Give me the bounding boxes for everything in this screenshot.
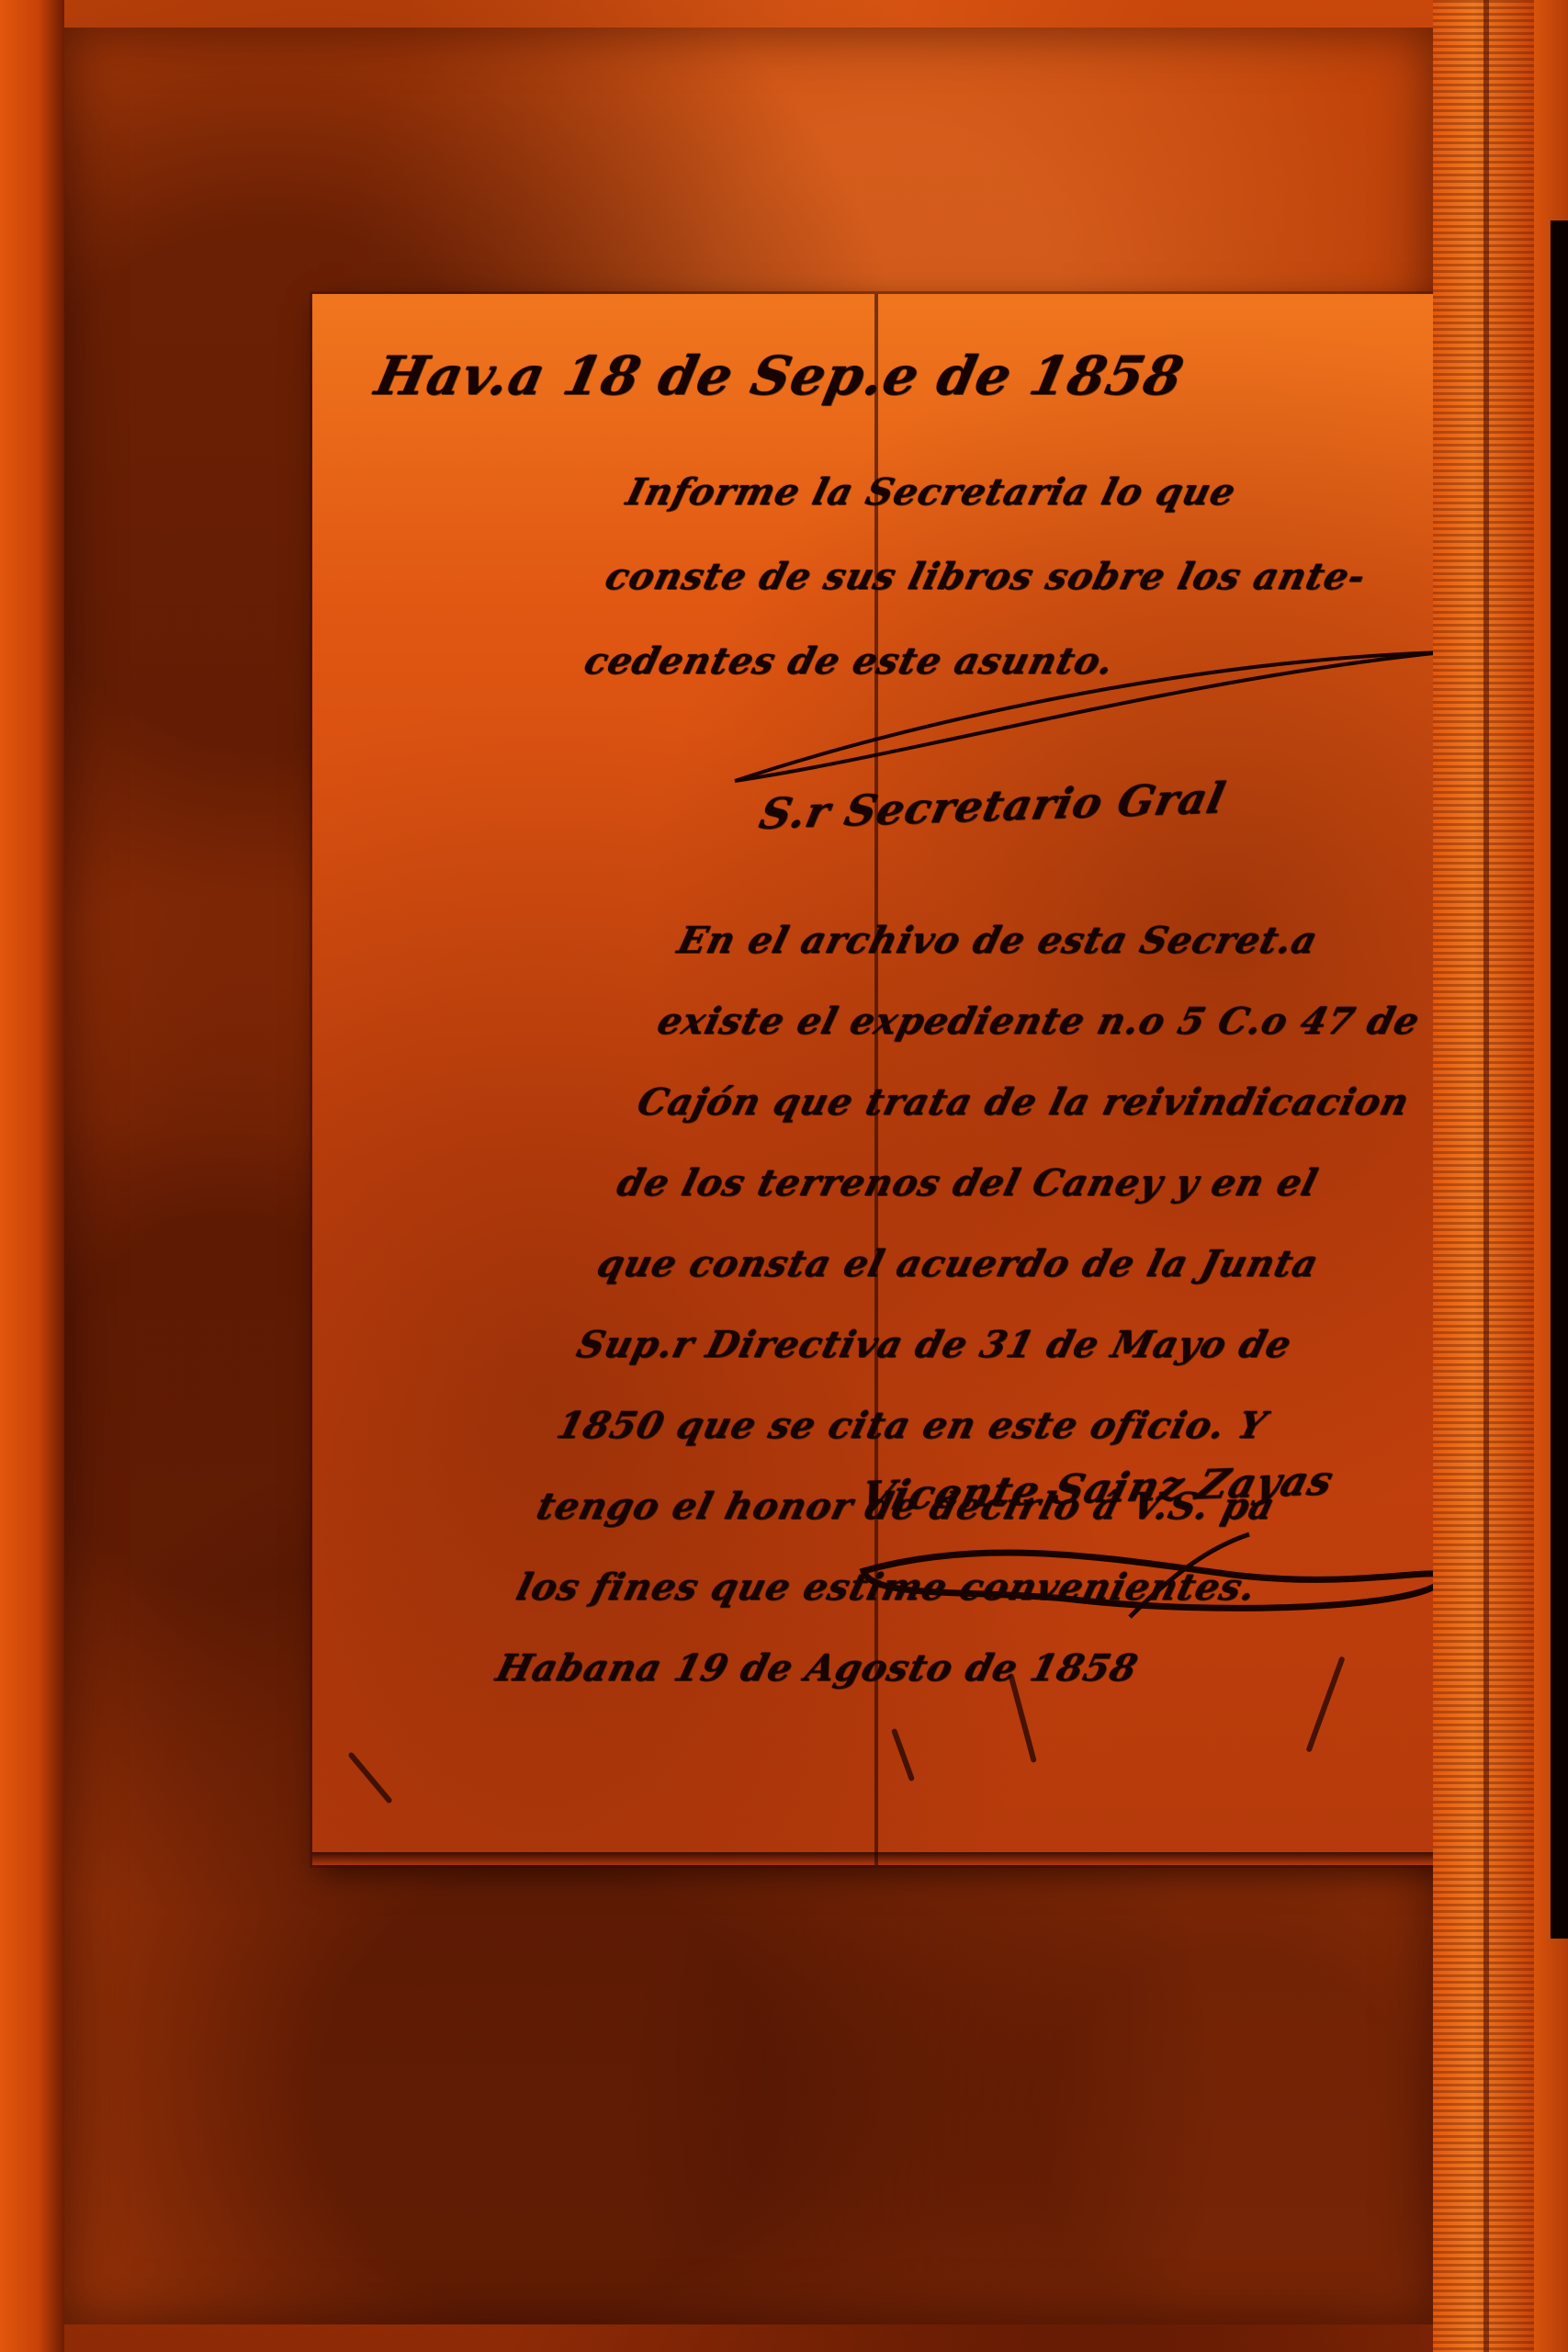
body-line: que consta el acuerdo de la Junta (588, 1224, 1435, 1305)
body-line: existe el expediente n.o 5 C.o 47 de (649, 981, 1495, 1062)
body-line: En el archivo de esta Secret.a (669, 900, 1516, 981)
left-page-edge (0, 0, 64, 2352)
bleed-through-mark (347, 1751, 393, 1804)
black-edge-strip (1551, 220, 1568, 1939)
body-line: 1850 que se cita en este oficio. Y (547, 1385, 1394, 1466)
body-line: de los terrenos del Caney y en el (608, 1143, 1455, 1224)
signature-flourish-icon (854, 1525, 1461, 1635)
instruction-line: Informe la Secretaria lo que (616, 450, 1446, 535)
instruction-line: conste de sus libros sobre los ante- (596, 535, 1426, 619)
sheet-bottom-edge (312, 1852, 1451, 1865)
body-line: Cajón que trata de la reivindicacion (628, 1062, 1475, 1143)
bleed-through-mark (891, 1728, 915, 1781)
binding-seam (1483, 0, 1489, 2352)
body-line: Sup.r Directiva de 31 de Mayo de (568, 1305, 1415, 1385)
manuscript-sheet: Hav.a 18 de Sep.e de 1858 Informe la Sec… (312, 294, 1451, 1865)
dateline: Hav.a 18 de Sep.e de 1858 (370, 345, 1190, 407)
body-line: Habana 19 de Agosto de 1858 (487, 1628, 1334, 1709)
